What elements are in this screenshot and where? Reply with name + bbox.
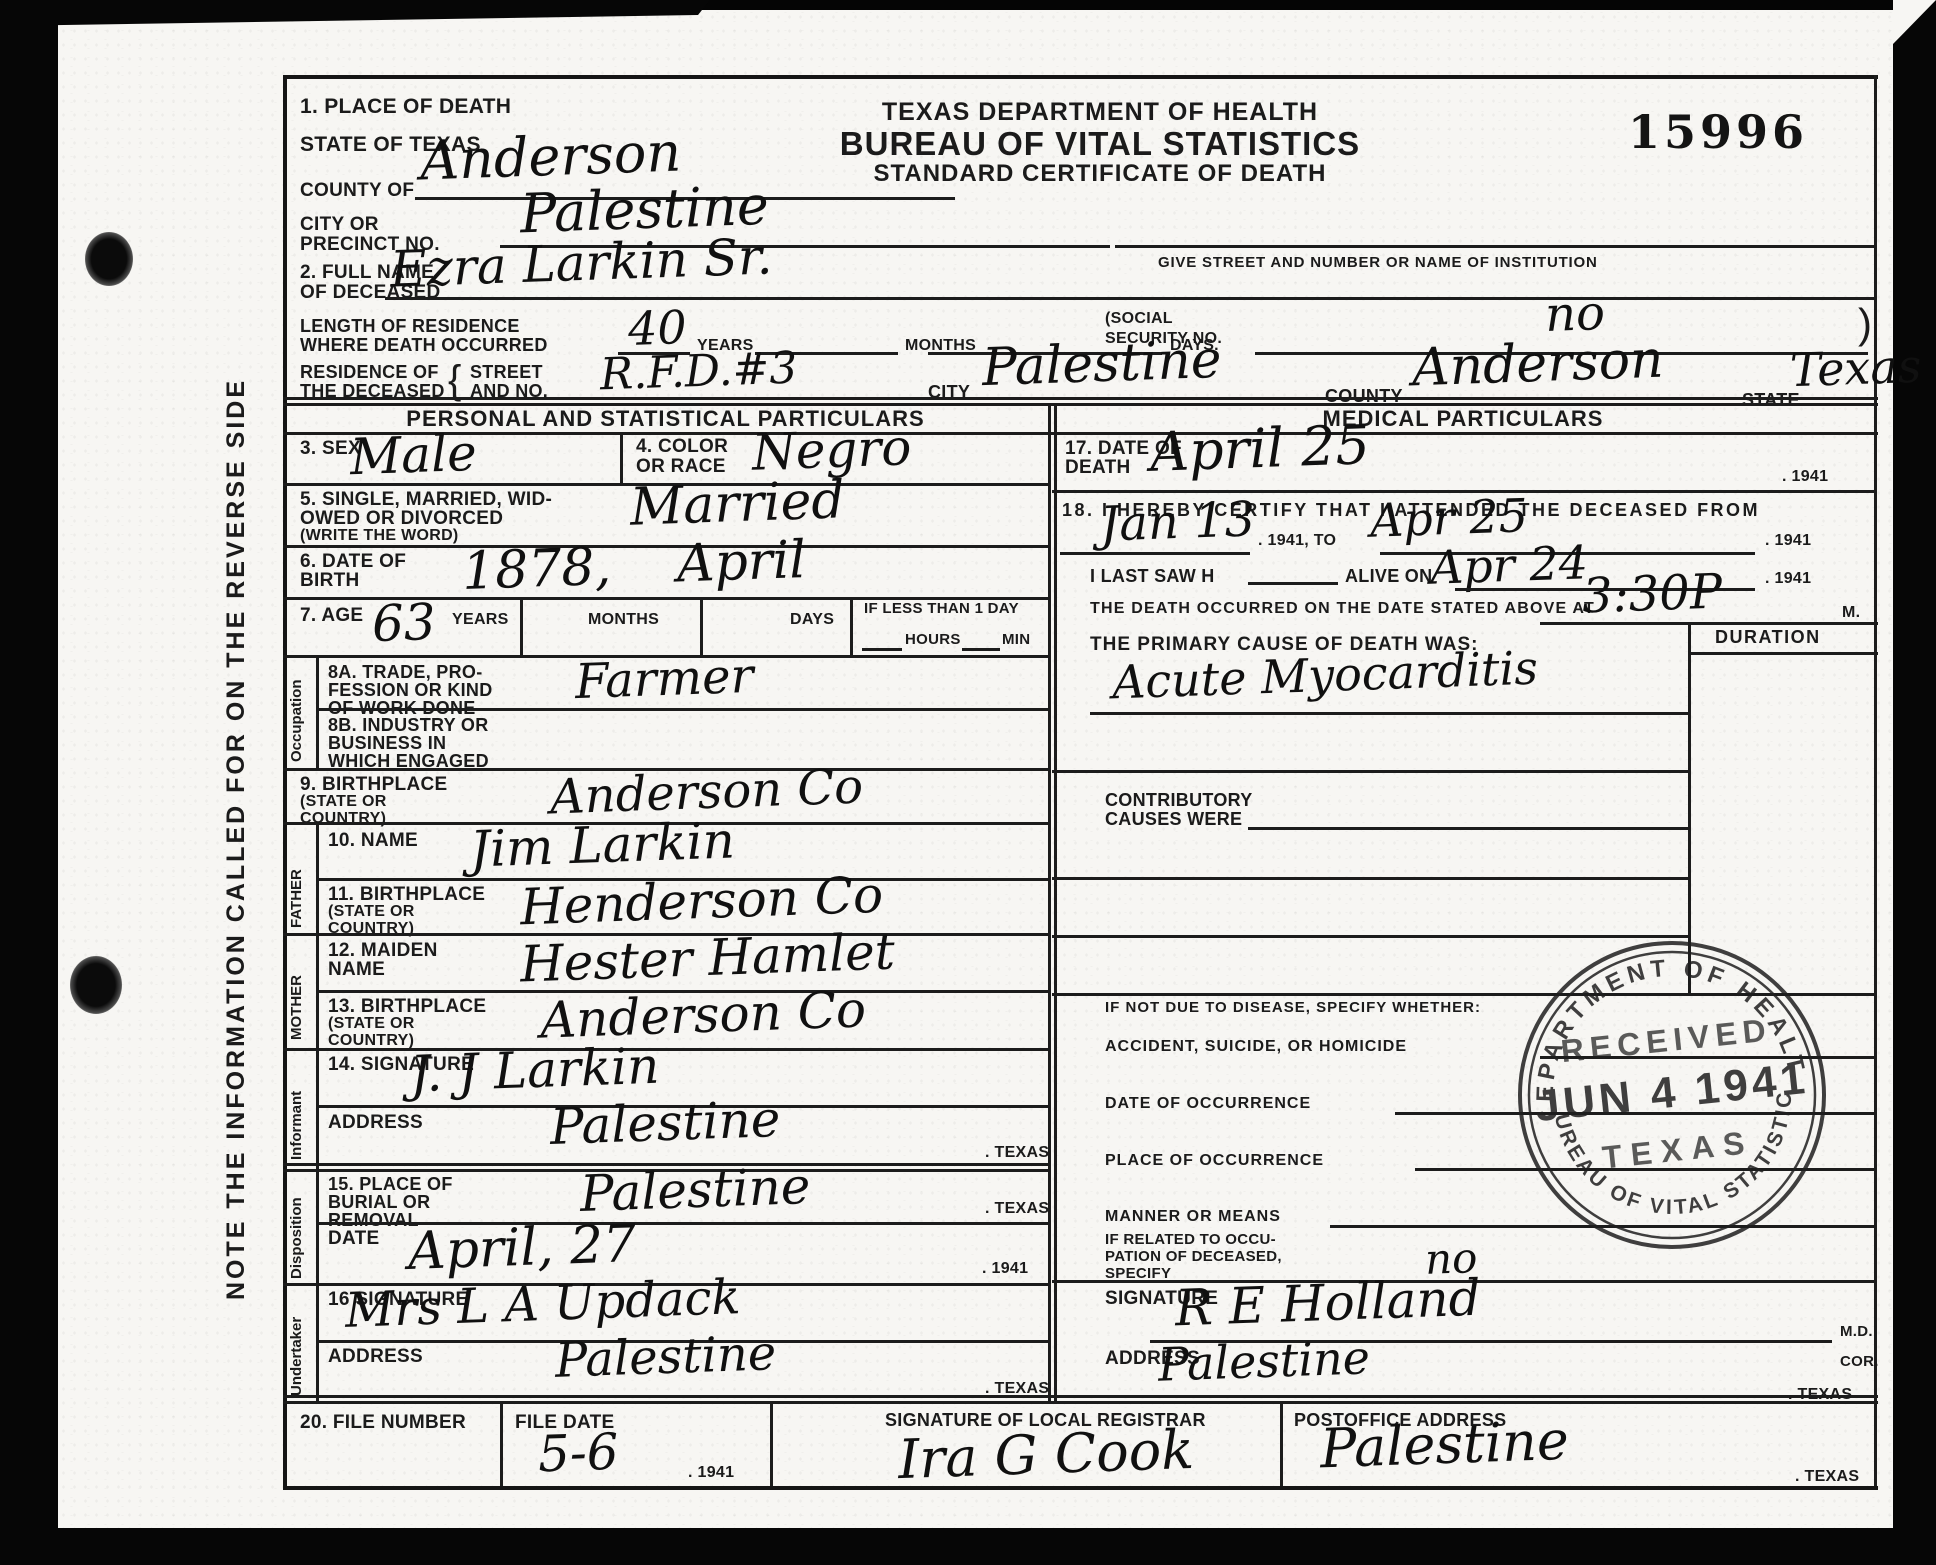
cor-label: COR. <box>1840 1354 1879 1371</box>
tab-divider <box>316 822 319 1401</box>
undertaker-signature-value: Mrs L A Updack <box>344 1273 741 1335</box>
cell-divider <box>520 597 523 655</box>
accident-label: ACCIDENT, SUICIDE, OR HOMICIDE <box>1105 1038 1407 1056</box>
informant-address-value: Palestine <box>549 1094 781 1152</box>
registrar-signature-value: Ira G Cook <box>897 1423 1195 1487</box>
street-value: R.F.D.#3 <box>599 347 798 398</box>
residence-of-label1: RESIDENCE OF <box>300 362 439 382</box>
scan-edge-right <box>1893 0 1936 1565</box>
informant-signature-value: J. J Larkin <box>409 1041 660 1100</box>
texas-label: . TEXAS <box>1788 1386 1852 1404</box>
undertaker-tab: Undertaker <box>288 1288 305 1396</box>
full-name-value: Ezra Larkin Sr. <box>389 231 773 294</box>
postoffice-address-value: Palestine <box>1319 1414 1569 1477</box>
footer-divider <box>500 1401 503 1486</box>
form-border-right <box>1874 75 1877 1490</box>
birthplace9-label3: COUNTRY) <box>300 810 386 828</box>
marital-value: Married <box>629 474 845 533</box>
residence-state-value: Texas <box>1789 343 1922 394</box>
age-value: 63 <box>371 597 436 649</box>
death-time-value: 3:30P <box>1581 568 1723 621</box>
dept-title-line1: TEXAS DEPARTMENT OF HEALTH <box>700 98 1500 126</box>
rule <box>1090 712 1688 715</box>
received-stamp: DEPARTMENT OF HEALTH BUREAU OF VITAL STA… <box>1485 908 1859 1282</box>
column-divider <box>1048 403 1051 1401</box>
mother-tab: MOTHER <box>288 940 305 1040</box>
place-of-death-label: 1. PLACE OF DEATH <box>300 95 511 119</box>
dept-title-line2: BUREAU OF VITAL STATISTICS <box>700 126 1500 163</box>
m-label: M. <box>1842 604 1860 622</box>
cell-divider <box>700 597 703 655</box>
scan-edge-bottom <box>0 1528 1936 1565</box>
street-label1: STREET <box>470 362 543 382</box>
residence-city-value: Palestine <box>981 334 1222 394</box>
occupation-tab: Occupation <box>288 662 305 762</box>
rule <box>962 648 1000 651</box>
if-less-than-1day-label: IF LESS THAN 1 DAY <box>864 601 1019 618</box>
related-occupation-label1: IF RELATED TO OCCU- <box>1105 1232 1276 1249</box>
birthplace9-label2: (STATE OR <box>300 793 387 811</box>
institution-note: GIVE STREET AND NUMBER OR NAME OF INSTIT… <box>1158 255 1598 272</box>
footer-divider <box>1280 1401 1283 1486</box>
tab-divider <box>316 655 319 768</box>
rule <box>283 432 1878 435</box>
dob-value: 1878, April <box>461 534 807 598</box>
sex-value: Male <box>349 428 477 482</box>
physician-signature-value: R E Holland <box>1174 1273 1481 1334</box>
length-residence-label2: WHERE DEATH OCCURRED <box>300 335 548 355</box>
birthplace13-label2: (STATE OR <box>328 1015 415 1033</box>
place-occurrence-label: PLACE OF OCCURRENCE <box>1105 1152 1324 1170</box>
cell-divider <box>620 432 623 483</box>
certificate-number: 15996 <box>1628 105 1808 159</box>
rule <box>1248 827 1688 830</box>
date-of-death-value: April 25 <box>1149 418 1371 480</box>
mother-name-value: Hester Hamlet <box>519 926 895 989</box>
color-race-value: Negro <box>751 422 912 478</box>
min-label: MIN <box>1002 632 1030 649</box>
attended-to-value: Apr 25 <box>1369 492 1528 543</box>
rule <box>1115 245 1875 248</box>
date-of-death-label2: DEATH <box>1065 457 1131 478</box>
rule <box>283 1395 1878 1398</box>
undertaker-address-label: ADDRESS <box>328 1346 423 1367</box>
duration-label: DURATION <box>1715 627 1821 647</box>
form-border-bottom <box>283 1486 1878 1490</box>
contributory-label2: CAUSES WERE <box>1105 809 1242 829</box>
year-label: . 1941 <box>1765 532 1811 550</box>
rule <box>385 297 1875 300</box>
texas-label: . TEXAS <box>985 1200 1049 1218</box>
rule <box>1248 582 1338 585</box>
rule <box>316 708 1048 711</box>
rule <box>283 1401 1878 1404</box>
residence-county-value: Anderson <box>1411 334 1664 395</box>
burial-date-label: DATE <box>328 1228 380 1249</box>
alive-on-label: ALIVE ON <box>1345 566 1432 586</box>
scan-edge-left <box>0 0 58 1565</box>
informant-tab: Informant <box>288 1055 305 1160</box>
last-saw-value: Apr 24 <box>1429 539 1588 590</box>
rule <box>283 1048 1048 1051</box>
rule <box>1052 877 1688 880</box>
primary-cause-value: Acute Myocarditis <box>1111 645 1538 706</box>
rule <box>1052 770 1688 773</box>
father-tab: FATHER <box>288 828 305 928</box>
burial-date-value: April, 27 <box>407 1218 637 1278</box>
if-not-disease-label: IF NOT DUE TO DISEASE, SPECIFY WHETHER: <box>1105 1000 1481 1017</box>
punch-hole <box>85 232 133 286</box>
color-race-label1: 4. COLOR <box>636 436 728 457</box>
year-label: . 1941 <box>982 1260 1028 1278</box>
rule <box>1060 552 1250 555</box>
year-label: . 1941 <box>1765 570 1811 588</box>
margin-note: NOTE THE INFORMATION CALLED FOR ON THE R… <box>222 290 251 1300</box>
form-border-top <box>283 75 1878 79</box>
rule <box>862 648 902 651</box>
punch-hole <box>70 956 122 1014</box>
death-occurred-label: THE DEATH OCCURRED ON THE DATE STATED AB… <box>1090 600 1595 618</box>
birthplace11-label2: (STATE OR <box>328 903 415 921</box>
county-of-label: COUNTY OF <box>300 180 414 201</box>
burial-value: Palestine <box>579 1161 811 1219</box>
related-occupation-label2: PATION OF DECEASED, <box>1105 1249 1282 1266</box>
age-years-label: YEARS <box>452 611 509 629</box>
trade-value: Farmer <box>574 652 754 706</box>
manner-means-label: MANNER OR MEANS <box>1105 1208 1281 1226</box>
column-divider <box>1054 403 1057 1401</box>
last-saw-label: I LAST SAW H <box>1090 566 1215 586</box>
informant-address-label: ADDRESS <box>328 1112 423 1133</box>
dept-title-line3: STANDARD CERTIFICATE OF DEATH <box>700 161 1500 188</box>
footer-divider <box>770 1401 773 1486</box>
physician-address-value: Palestine <box>1157 1334 1370 1387</box>
attended-from-value: Jan 13 <box>1099 495 1256 548</box>
father-name-label: 10. NAME <box>328 830 418 851</box>
mother-birthplace-value: Anderson Co <box>539 984 867 1045</box>
date-occurrence-label: DATE OF OCCURRENCE <box>1105 1095 1311 1113</box>
duration-box-bottom <box>1688 652 1878 655</box>
contributory-label1: CONTRIBUTORY <box>1105 790 1253 810</box>
file-date-value: 5-6 <box>537 1427 619 1480</box>
age-months-label: MONTHS <box>588 611 659 629</box>
length-residence-label1: LENGTH OF RESIDENCE <box>300 316 520 336</box>
form-border-left <box>283 75 287 1490</box>
md-label: M.D. <box>1840 1324 1873 1341</box>
hours-label: HOURS <box>905 632 961 649</box>
texas-label: . TEXAS <box>985 1144 1049 1162</box>
texas-label: . TEXAS <box>1795 1468 1859 1486</box>
city-or-label: CITY OR <box>300 214 379 235</box>
cell-divider <box>850 597 853 655</box>
father-birthplace-value: Henderson Co <box>519 870 884 933</box>
rule <box>283 397 1878 400</box>
year-label: . 1941 <box>688 1464 734 1482</box>
age-label: 7. AGE <box>300 605 363 626</box>
father-name-value: Jim Larkin <box>469 815 735 874</box>
dob-label2: BIRTH <box>300 570 360 591</box>
maiden-label2: NAME <box>328 959 385 980</box>
residence-years-value: 40 <box>627 304 687 352</box>
scanned-death-certificate: NOTE THE INFORMATION CALLED FOR ON THE R… <box>0 0 1936 1565</box>
social-label: (SOCIAL <box>1105 310 1173 328</box>
age-days-label: DAYS <box>790 611 834 629</box>
marital-label3: (WRITE THE WORD) <box>300 527 459 545</box>
undertaker-address-value: Palestine <box>554 1329 777 1385</box>
disposition-tab: Disposition <box>288 1174 305 1279</box>
duration-box-top <box>1688 622 1878 625</box>
file-number-label: 20. FILE NUMBER <box>300 1412 466 1433</box>
from-year-to-label: . 1941, TO <box>1258 532 1336 550</box>
year-label: . 1941 <box>1782 468 1828 486</box>
stamp-state-text: TEXAS <box>1600 1124 1755 1176</box>
